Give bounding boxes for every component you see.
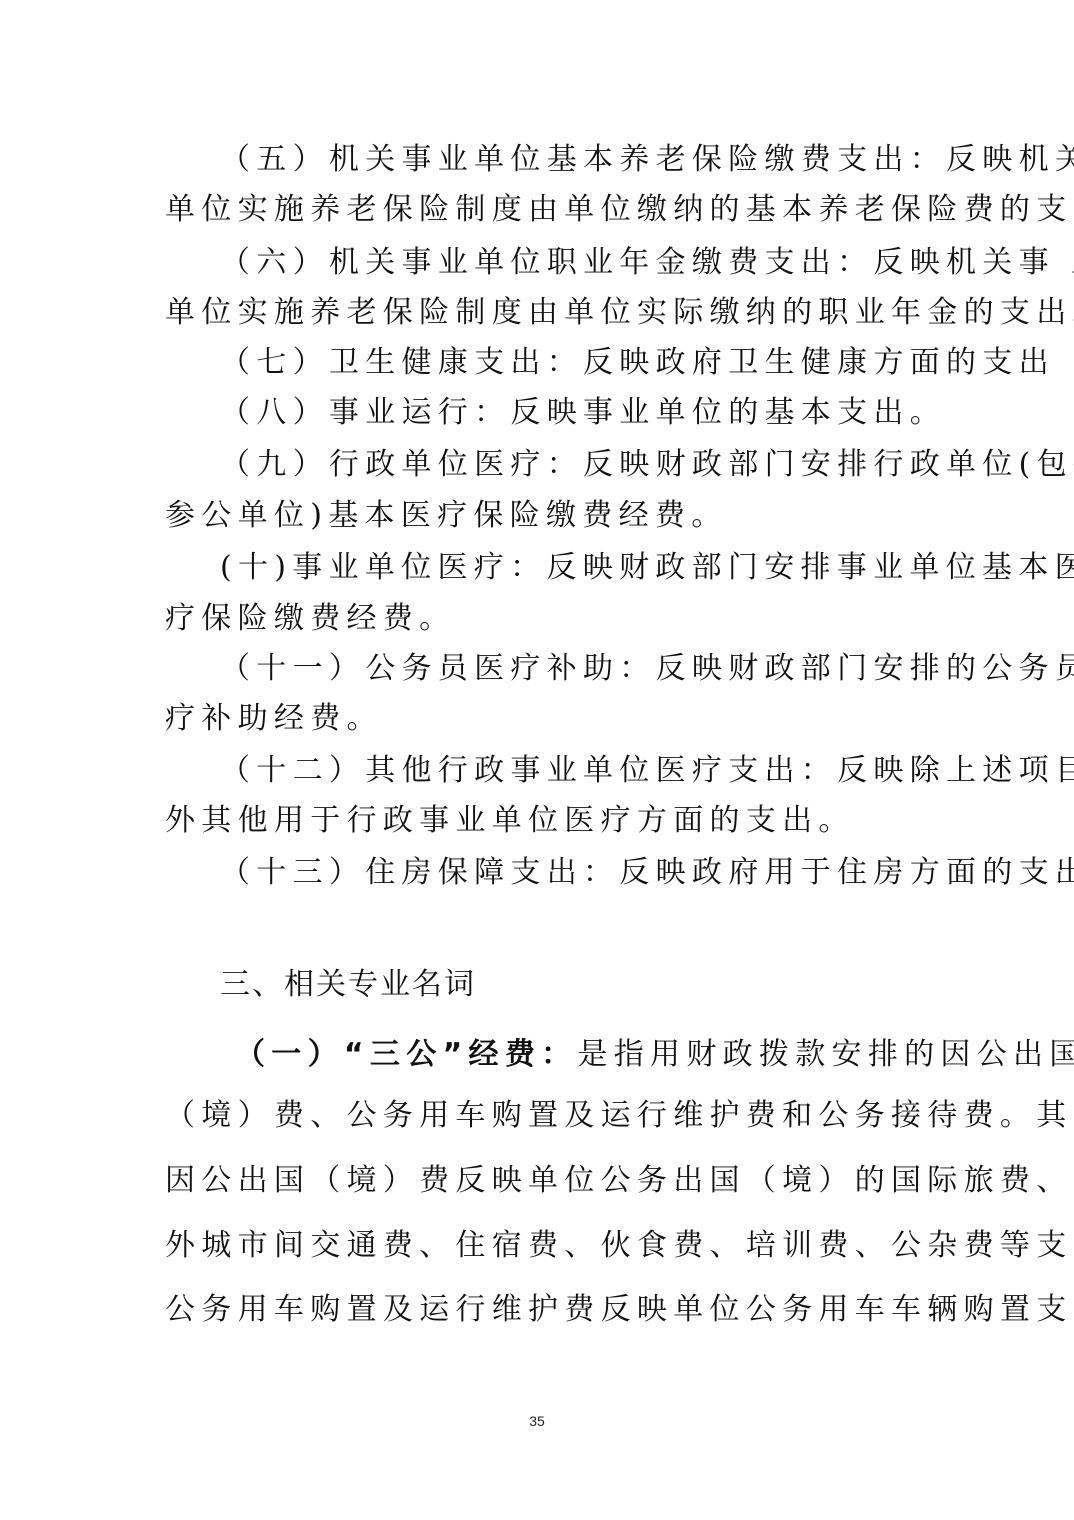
paragraph-7-line-1: （七）卫生健康支出：反映政府卫生健康方面的支出 — [220, 343, 910, 383]
paragraph-5-line-1: （五）机关事业单位基本养老保险缴费支出：反映机关事 业 — [220, 140, 910, 180]
paragraph-6-line-2: 单位实施养老保险制度由单位实际缴纳的职业年金的支出。 — [165, 293, 910, 333]
paragraph-9-line-2: 参公单位)基本医疗保险缴费经费。 — [165, 496, 910, 536]
term-line-3: 因公出国（境）费反映单位公务出国（境）的国际旅费、国 — [165, 1161, 910, 1201]
paragraph-6-line-1: （六）机关事业单位职业年金缴费支出：反映机关事 业 — [220, 243, 910, 283]
page-number: 35 — [0, 1413, 1074, 1429]
section-heading: 三、相关专业名词 — [220, 965, 476, 1005]
paragraph-9-line-1: （九）行政单位医疗：反映财政部门安排行政单位(包括 — [220, 445, 910, 485]
paragraph-5-line-2: 单位实施养老保险制度由单位缴纳的基本养老保险费的支出。 — [165, 190, 910, 230]
term-line-2: （境）费、公务用车购置及运行维护费和公务接待费。其中， — [165, 1096, 910, 1136]
paragraph-11-line-1: （十一）公务员医疗补助：反映财政部门安排的公务员医 — [220, 649, 910, 689]
term-line-4: 外城市间交通费、住宿费、伙食费、培训费、公杂费等支出； — [165, 1226, 910, 1266]
term-line-5: 公务用车购置及运行维护费反映单位公务用车车辆购置支 — [165, 1290, 910, 1330]
paragraph-12-line-2: 外其他用于行政事业单位医疗方面的支出。 — [165, 801, 910, 841]
term-label: （一）“三公”经费： — [235, 1037, 577, 1072]
paragraph-10-line-2: 疗保险缴费经费。 — [165, 599, 910, 639]
term-first-line: （一）“三公”经费：是指用财政拨款安排的因公出国 — [235, 1035, 910, 1075]
paragraph-8-line-1: （八）事业运行：反映事业单位的基本支出。 — [220, 393, 910, 433]
paragraph-11-line-2: 疗补助经费。 — [165, 699, 910, 739]
paragraph-13-line-1: （十三）住房保障支出：反映政府用于住房方面的支出。 — [220, 853, 910, 893]
term-first-line-rest: 是指用财政拨款安排的因公出国 — [577, 1037, 1074, 1072]
paragraph-12-line-1: （十二）其他行政事业单位医疗支出：反映除上述项目以 — [220, 751, 910, 791]
paragraph-10-line-1: (十)事业单位医疗：反映财政部门安排事业单位基本医 — [220, 548, 910, 588]
